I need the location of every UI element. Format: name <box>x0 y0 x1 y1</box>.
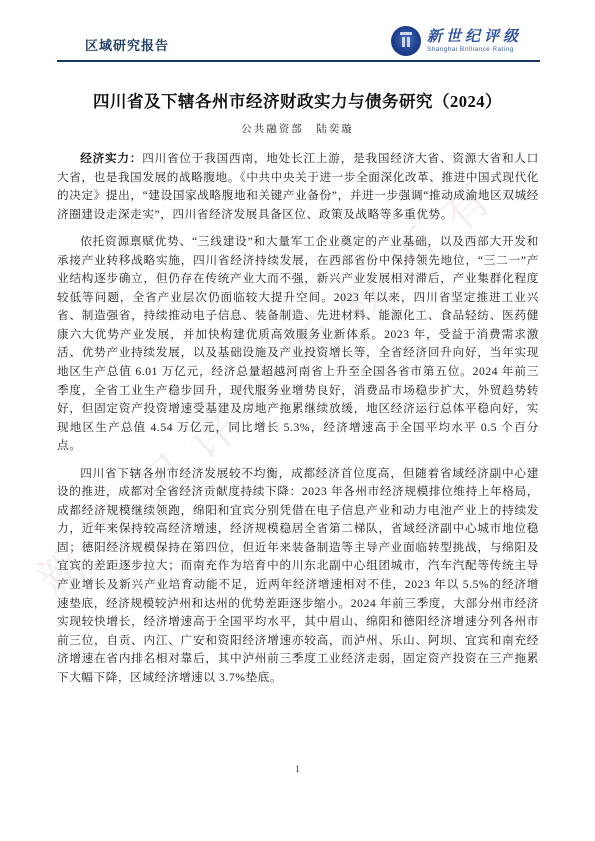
brand-name-cn: 新世纪评级 <box>427 29 522 46</box>
document-author: 公共融资部 陆奕璇 <box>57 121 538 136</box>
brand-name-en: Shanghai Brilliance Rating <box>427 46 522 53</box>
brand-logo: 新世纪评级 Shanghai Brilliance Rating <box>391 26 522 60</box>
paragraph-lead-label: 经济实力： <box>80 152 142 165</box>
brand-logo-text: 新世纪评级 Shanghai Brilliance Rating <box>427 29 522 53</box>
document-title: 四川省及下辖各州市经济财政实力与债务研究（2024） <box>57 88 538 112</box>
document-page: 新世纪评级版权所有 区域研究报告 新世纪评级 Shanghai Brillian… <box>0 0 595 841</box>
paragraph-3-text: 四川省下辖各州市经济发展较不均衡，成都经济首位度高，但随着省域经济副中心建设的推… <box>57 465 539 688</box>
document-body: 经济实力：四川省位于我国西南，地处长江上游，是我国经济大省、资源大省和人口大省，… <box>57 150 539 696</box>
brand-emblem-icon <box>391 26 421 56</box>
paragraph-economic-strength: 经济实力：四川省位于我国西南，地处长江上游，是我国经济大省、资源大省和人口大省，… <box>57 150 539 224</box>
page-number: 1 <box>0 765 595 775</box>
page-header: 区域研究报告 新世纪评级 Shanghai Brilliance Rating <box>57 24 540 62</box>
paragraph-2-text: 依托资源禀赋优势、“三线建设”和大量军工企业奠定的产业基础，以及西部大开发和承接… <box>57 233 539 456</box>
report-type-label: 区域研究报告 <box>57 35 169 60</box>
